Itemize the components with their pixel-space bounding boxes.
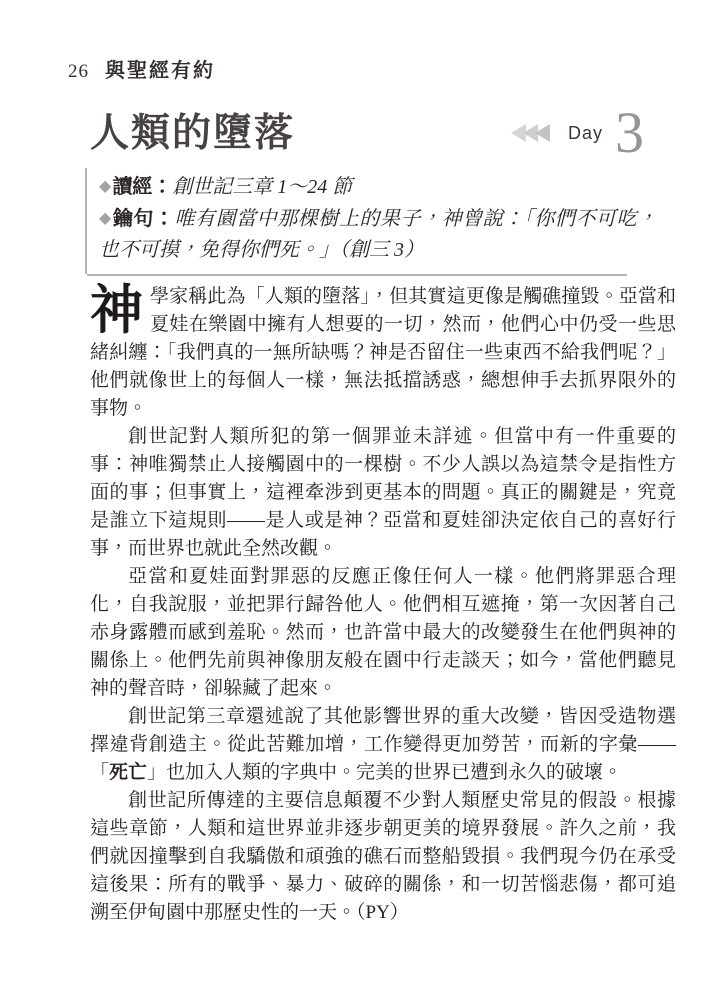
- scripture-reading-row: ◆讀經：創世記三章 1～24 節: [99, 171, 657, 203]
- chapter-title: 人類的墮落: [90, 114, 295, 153]
- diamond-icon: ◆: [99, 178, 111, 195]
- day-number: 3: [615, 109, 644, 157]
- paragraph-5: 創世記所傳達的主要信息顛覆不少對人類歷史常見的假設。根據這些章節，人類和這世界並…: [90, 787, 676, 927]
- paragraph-4-text: 」也加入人類的字典中。完美的世界已遭到永久的破壞。: [147, 762, 622, 783]
- title-row: 人類的墮落 Day 3: [90, 104, 644, 162]
- key-verse-text: 唯有園當中那棵樹上的果子，神曾說：「你們不可吃，也不可摸，免得你們死。」（創三 …: [99, 208, 657, 261]
- book-title: 與聖經有約: [105, 54, 215, 83]
- scripture-box: ◆讀經：創世記三章 1～24 節 ◆鑰句：唯有園當中那棵樹上的果子，神曾說：「你…: [85, 168, 657, 274]
- book-page: 26 與聖經有約 人類的墮落 Day 3 ◆讀經：創世記三章 1～24 節 ◆鑰…: [0, 0, 724, 1000]
- paragraph-3: 亞當和夏娃面對罪惡的反應正像任何人一樣。他們將罪惡合理化，自我說服，並把罪行歸咎…: [90, 563, 676, 703]
- paragraph-1: 神學家稱此為「人類的墮落」，但其實這更像是觸礁撞毀。亞當和夏娃在樂園中擁有人想要…: [90, 283, 676, 423]
- key-verse-row: ◆鑰句：唯有園當中那棵樹上的果子，神曾說：「你們不可吃，也不可摸，免得你們死。」…: [99, 203, 657, 266]
- paragraph-4: 創世記第三章還述說了其他影響世界的重大改變，皆因受造物選擇違背創造主。從此苦難加…: [90, 703, 676, 787]
- day-label: Day: [568, 123, 603, 144]
- reading-label: 讀經：: [112, 176, 172, 198]
- reading-text: 創世記三章 1～24 節: [172, 176, 352, 198]
- key-verse-label: 鑰句：: [113, 208, 175, 230]
- left-triangle-icon: [535, 124, 550, 142]
- page-header: 26 與聖經有約: [68, 54, 215, 83]
- bold-term-death: 死亡: [109, 762, 147, 783]
- dropcap: 神: [90, 285, 143, 338]
- diamond-icon: ◆: [99, 210, 112, 227]
- page-number: 26: [68, 61, 89, 83]
- paragraph-2: 創世記對人類所犯的第一個罪並未詳述。但當中有一件重要的事：神唯獨禁止人接觸園中的…: [90, 423, 676, 563]
- day-marker: Day 3: [514, 109, 644, 157]
- paragraph-1-text: 學家稱此為「人類的墮落」，但其實這更像是觸礁撞毀。亞當和夏娃在樂園中擁有人想要的…: [90, 286, 676, 419]
- body-text: 神學家稱此為「人類的墮落」，但其實這更像是觸礁撞毀。亞當和夏娃在樂園中擁有人想要…: [90, 283, 676, 927]
